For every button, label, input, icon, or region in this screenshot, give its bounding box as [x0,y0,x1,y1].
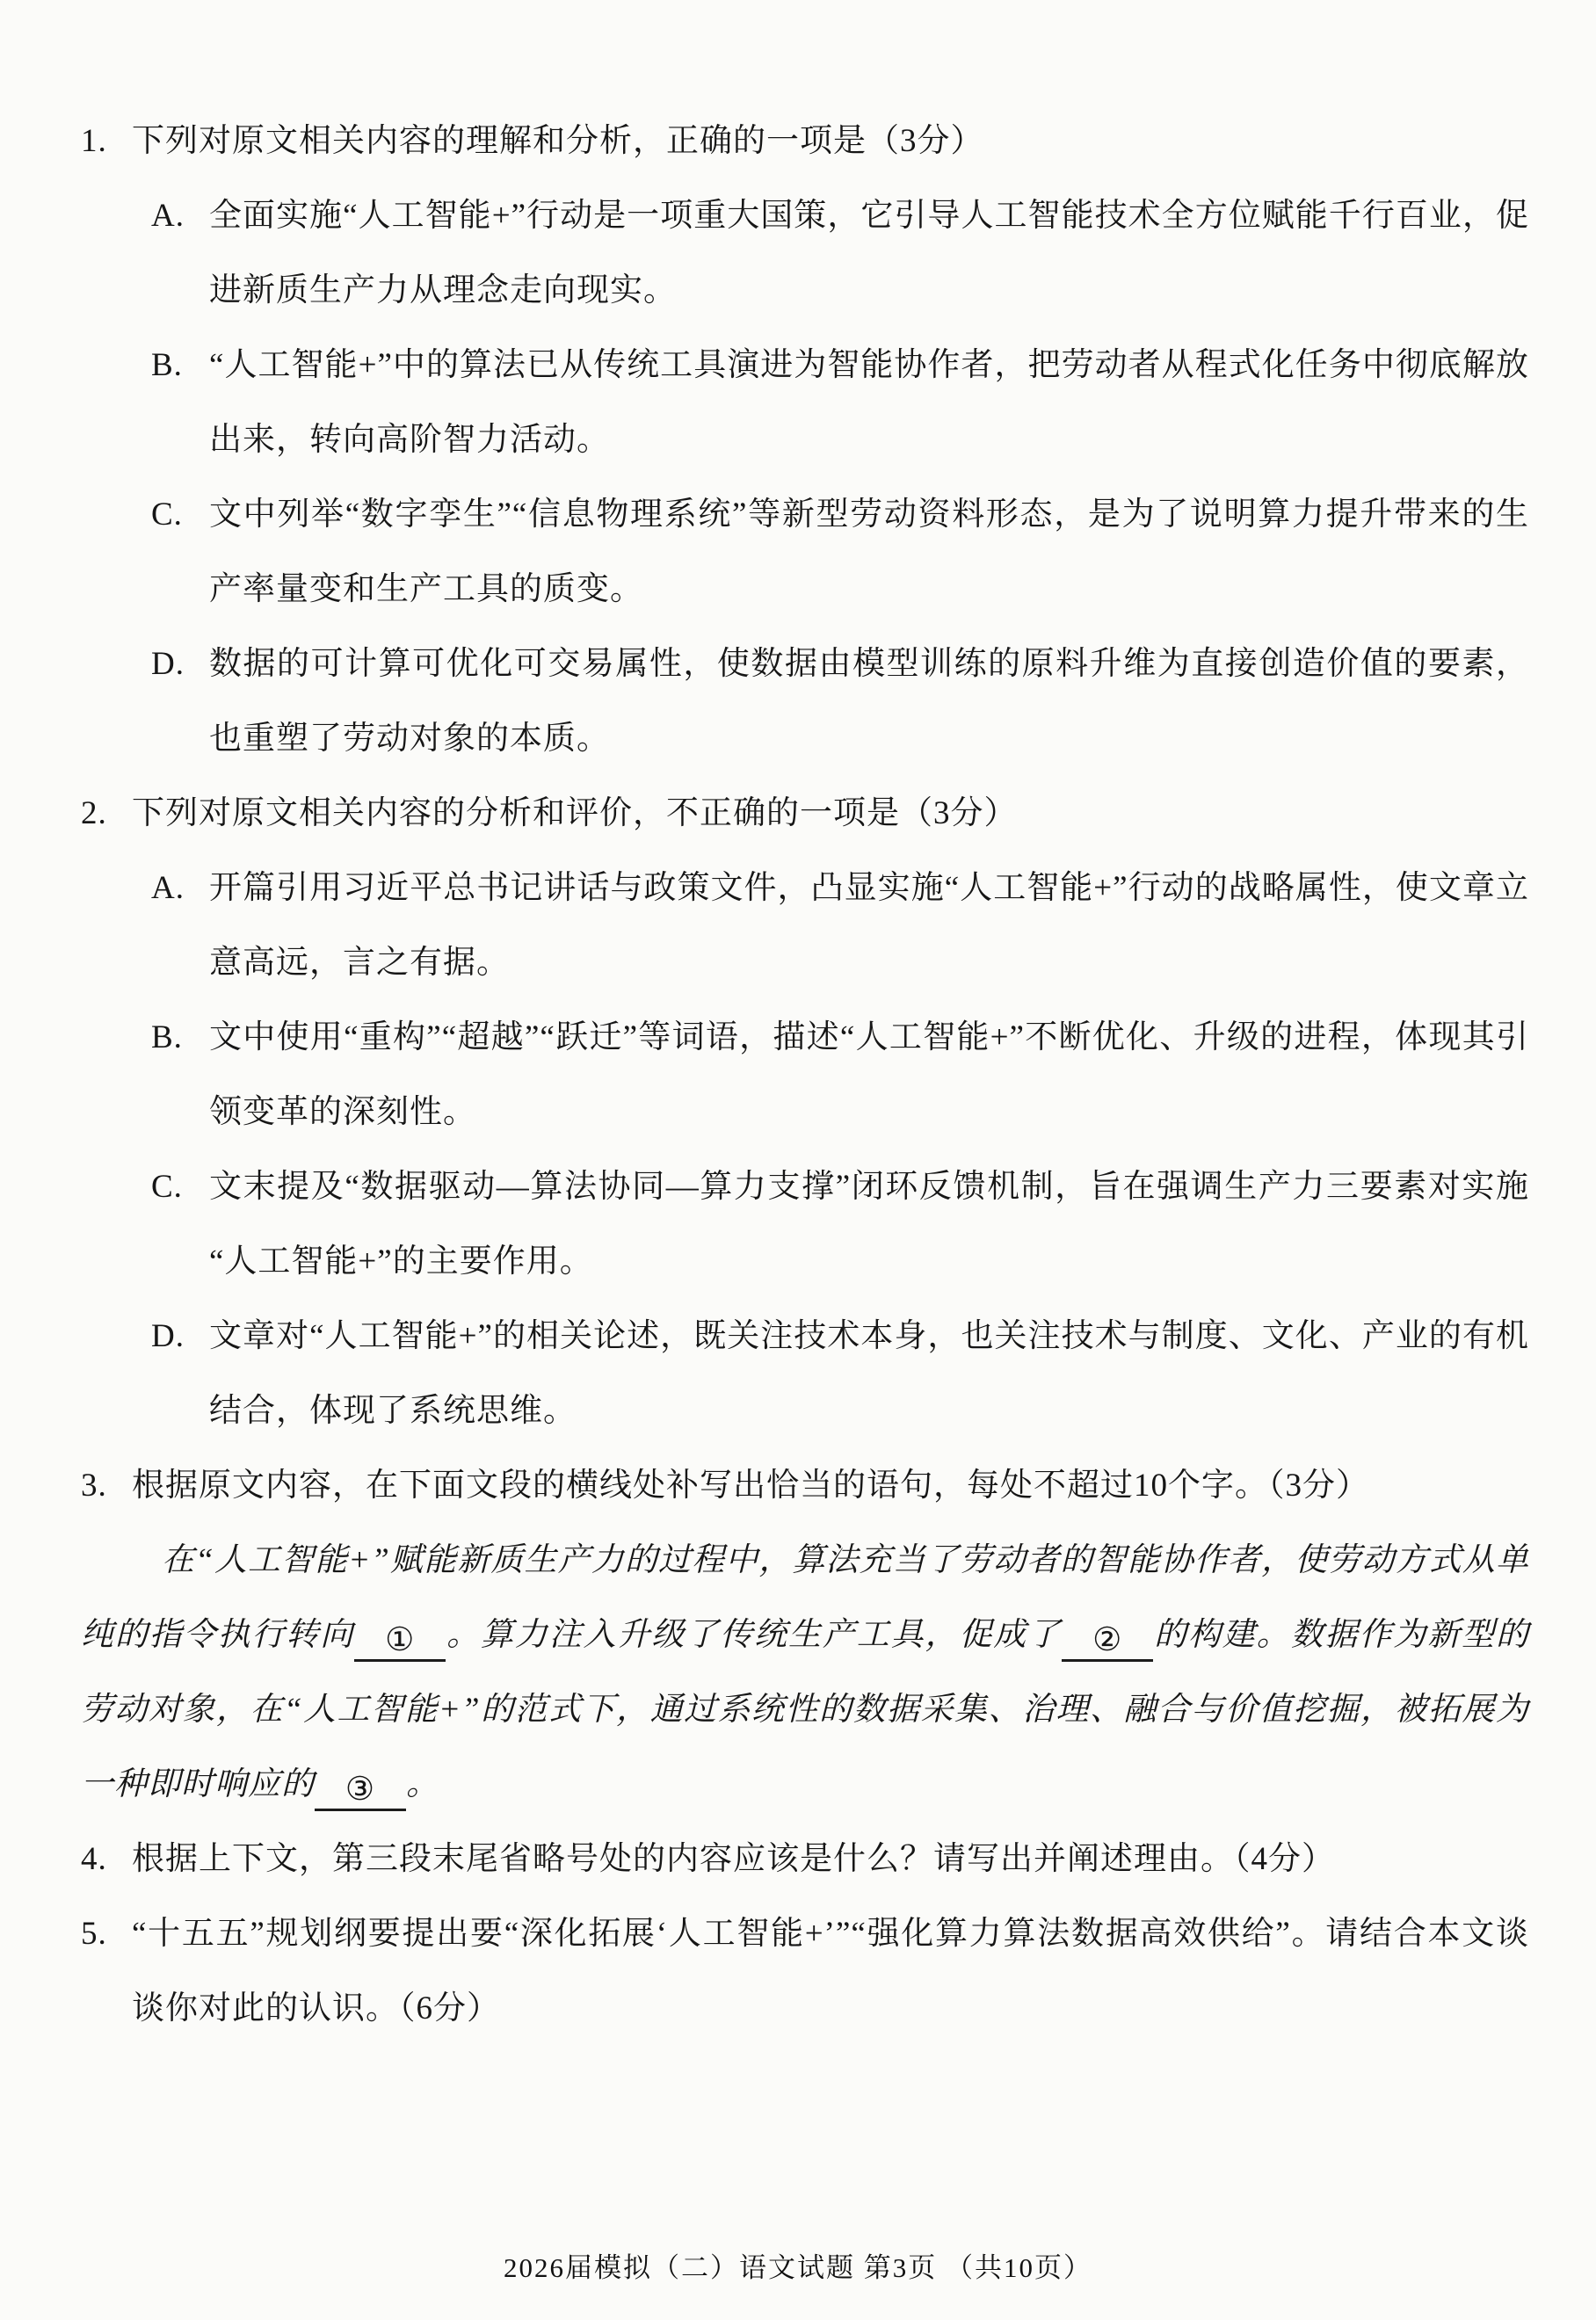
option-label: B. [151,328,209,402]
page-footer: 2026届模拟（二）语文试题 第3页 （共10页） [0,2245,1596,2285]
question-1-stem: 下列对原文相关内容的理解和分析，正确的一项是（3分） [132,104,1529,178]
question-1-option-d: D. 数据的可计算可优化可交易属性，使数据由模型训练的原料升维为直接创造价值的要… [151,627,1529,776]
option-text: 全面实施“人工智能+”行动是一项重大国策，它引导人工智能技术全方位赋能千行百业，… [209,178,1529,328]
question-3-stem-row: 3. 根据原文内容，在下面文段的横线处补写出恰当的语句，每处不超过10个字。（3… [81,1448,1529,1523]
question-2: 2. 下列对原文相关内容的分析和评价，不正确的一项是（3分） A. 开篇引用习近… [81,776,1529,1448]
option-text: “人工智能+”中的算法已从传统工具演进为智能协作者，把劳动者从程式化任务中彻底解… [209,328,1529,477]
question-5-stem: “十五五”规划纲要提出要“深化拓展‘人工智能+’”“强化算力算法数据高效供给”。… [132,1896,1529,2046]
option-text: 开篇引用习近平总书记讲话与政策文件，凸显实施“人工智能+”行动的战略属性，使文章… [209,851,1529,1000]
question-2-option-d: D. 文章对“人工智能+”的相关论述，既关注技术本身，也关注技术与制度、文化、产… [151,1299,1529,1448]
option-label: C. [151,1149,209,1224]
question-4: 4. 根据上下文，第三段末尾省略号处的内容应该是什么？请写出并阐述理由。（4分） [81,1822,1529,1896]
question-1: 1. 下列对原文相关内容的理解和分析，正确的一项是（3分） A. 全面实施“人工… [81,104,1529,776]
question-2-stem: 下列对原文相关内容的分析和评价，不正确的一项是（3分） [132,776,1529,851]
option-label: C. [151,477,209,552]
question-5: 5. “十五五”规划纲要提出要“深化拓展‘人工智能+’”“强化算力算法数据高效供… [81,1896,1529,2046]
option-label: D. [151,1299,209,1374]
passage-segment: 。 [406,1766,439,1802]
option-text: 文中列举“数字孪生”“信息物理系统”等新型劳动资料形态，是为了说明算力提升带来的… [209,477,1529,627]
cloze-blank-2: ② [1062,1623,1153,1662]
option-label: A. [151,178,209,253]
exam-page-content: 1. 下列对原文相关内容的理解和分析，正确的一项是（3分） A. 全面实施“人工… [81,104,1529,2046]
question-1-option-c: C. 文中列举“数字孪生”“信息物理系统”等新型劳动资料形态，是为了说明算力提升… [151,477,1529,627]
question-5-number: 5. [81,1896,132,1971]
question-4-number: 4. [81,1822,132,1896]
option-text: 数据的可计算可优化可交易属性，使数据由模型训练的原料升维为直接创造价值的要素，也… [209,627,1529,776]
question-2-stem-row: 2. 下列对原文相关内容的分析和评价，不正确的一项是（3分） [81,776,1529,851]
question-3-number: 3. [81,1448,132,1523]
question-2-option-c: C. 文末提及“数据驱动—算法协同—算力支撑”闭环反馈机制，旨在强调生产力三要素… [151,1149,1529,1299]
question-1-option-b: B. “人工智能+”中的算法已从传统工具演进为智能协作者，把劳动者从程式化任务中… [151,328,1529,477]
question-2-option-a: A. 开篇引用习近平总书记讲话与政策文件，凸显实施“人工智能+”行动的战略属性，… [151,851,1529,1000]
question-2-option-b: B. 文中使用“重构”“超越”“跃迁”等词语，描述“人工智能+”不断优化、升级的… [151,1000,1529,1149]
question-2-number: 2. [81,776,132,851]
cloze-passage: 在“人工智能+”赋能新质生产力的过程中，算法充当了劳动者的智能协作者，使劳动方式… [81,1523,1529,1822]
question-1-number: 1. [81,104,132,178]
option-label: B. [151,1000,209,1075]
cloze-blank-1: ① [354,1623,446,1662]
cloze-blank-3: ③ [315,1773,406,1811]
option-label: A. [151,851,209,925]
option-text: 文末提及“数据驱动—算法协同—算力支撑”闭环反馈机制，旨在强调生产力三要素对实施… [209,1149,1529,1299]
option-text: 文章对“人工智能+”的相关论述，既关注技术本身，也关注技术与制度、文化、产业的有… [209,1299,1529,1448]
passage-segment: 。算力注入升级了传统生产工具，促成了 [446,1617,1062,1653]
option-label: D. [151,627,209,701]
question-4-stem: 根据上下文，第三段末尾省略号处的内容应该是什么？请写出并阐述理由。（4分） [132,1822,1529,1896]
question-3-stem: 根据原文内容，在下面文段的横线处补写出恰当的语句，每处不超过10个字。（3分） [132,1448,1529,1523]
option-text: 文中使用“重构”“超越”“跃迁”等词语，描述“人工智能+”不断优化、升级的进程，… [209,1000,1529,1149]
question-1-option-a: A. 全面实施“人工智能+”行动是一项重大国策，它引导人工智能技术全方位赋能千行… [151,178,1529,328]
question-3: 3. 根据原文内容，在下面文段的横线处补写出恰当的语句，每处不超过10个字。（3… [81,1448,1529,1822]
question-1-stem-row: 1. 下列对原文相关内容的理解和分析，正确的一项是（3分） [81,104,1529,178]
